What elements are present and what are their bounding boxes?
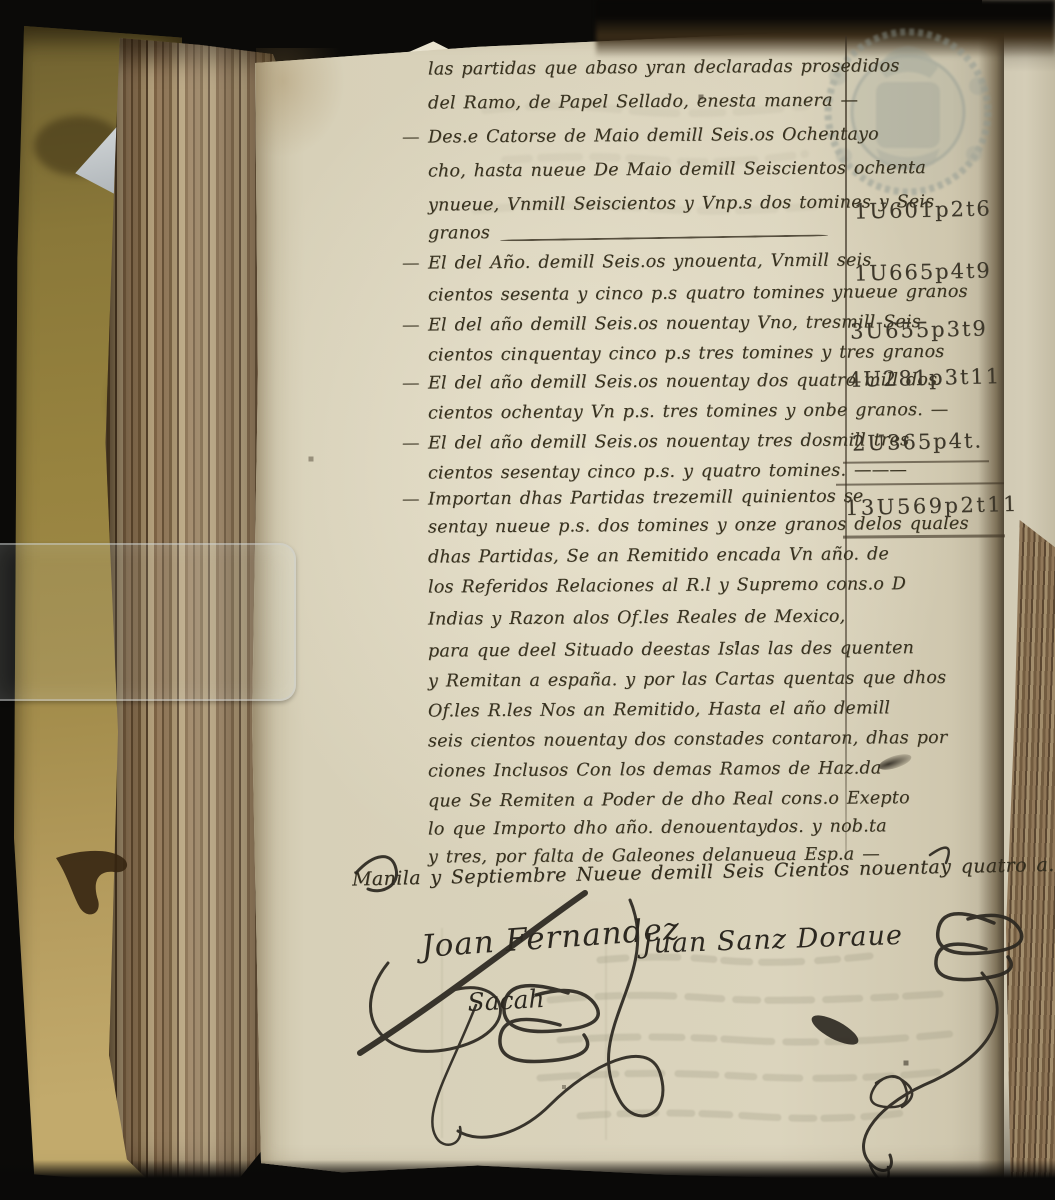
ink-blob	[808, 1010, 862, 1050]
signature-flourish	[864, 973, 998, 1170]
glass-page-weight	[0, 543, 296, 701]
signature-flourish	[930, 848, 949, 863]
manuscript-line: El del año demill Seis.os nouentay dos q…	[428, 370, 868, 393]
manuscript-line: Des.e Catorse de Maio demill Seis.os Och…	[428, 124, 868, 147]
manuscript-line: para que deel Situado deestas Islas las …	[428, 638, 868, 661]
manuscript-line: El del año demill Seis.os nouentay Vno, …	[428, 312, 868, 335]
manuscript-line: Importan dhas Partidas trezemill quinien…	[428, 486, 868, 509]
amount-entry: 4U281p3t11	[848, 364, 1002, 392]
manuscript-line: Indias y Razon alos Of.les Reales de Mex…	[428, 606, 868, 629]
manuscript-line: sentay nueue p.s. dos tomines y onze gra…	[428, 514, 868, 537]
manuscript-line: cientos ochentay Vn p.s. tres tomines y …	[428, 400, 868, 423]
manuscript-line: cientos sesenta y cinco p.s quatro tomin…	[428, 282, 868, 305]
signature-flourish	[432, 1005, 476, 1145]
manuscript-line: lo que Importo dho año. denouentaydos. y…	[428, 816, 868, 839]
leather-tie	[48, 848, 158, 924]
amount-entry: 1U665p4t9	[854, 258, 992, 285]
manuscript-line: dhas Partidas, Se an Remitido encada Vn …	[428, 544, 868, 567]
amount-entry: 2U365p4t.	[852, 428, 984, 455]
manuscript-line: cho, hasta nueue De Maio demill Seiscien…	[428, 158, 868, 181]
signature-flourish	[360, 893, 585, 1053]
manuscript-line: granos	[428, 220, 868, 243]
manila-initial-swash	[356, 857, 397, 891]
signature-left-secondary: Sacah	[467, 984, 545, 1017]
manuscript-line: ynueue, Vnmill Seiscientos y Vnp.s dos t…	[428, 192, 868, 215]
amount-entry: 3U655p3t9	[850, 316, 988, 343]
manuscript-line: Of.les R.les Nos an Remitido, Hasta el a…	[428, 698, 868, 721]
manuscript-line: cientos sesentay cinco p.s. y quatro tom…	[428, 460, 868, 483]
photo-bottom-shadow	[0, 1160, 1055, 1200]
signature-block: Joan Fernandez Sacah Juan Sanz Doraue	[330, 845, 1040, 1195]
manuscript-line: El del Año. demill Seis.os ynouenta, Vnm…	[428, 250, 868, 273]
manuscript-line: y Remitan a españa. y por las Cartas que…	[428, 668, 868, 691]
paper-specks	[0, 0, 2, 2]
manuscript-line: cientos cinquentay cinco p.s tres tomine…	[428, 342, 868, 365]
manuscript-line: que Se Remiten a Poder de dho Real cons.…	[428, 788, 868, 811]
manuscript-line: ciones Inclusos Con los demas Ramos de H…	[428, 758, 868, 781]
manuscript-photo: las partidas que abaso yran declaradas p…	[0, 0, 1055, 1200]
manuscript-line: los Referidos Relaciones al R.l y Suprem…	[428, 574, 868, 597]
page-stain	[256, 48, 346, 158]
manuscript-line: seis cientos nouentay dos constades cont…	[428, 728, 868, 751]
manuscript-line: El del año demill Seis.os nouentay tres …	[428, 430, 868, 453]
manuscript-line: las partidas que abaso yran declaradas p…	[428, 56, 868, 79]
amount-total: 13U569p2t11	[845, 492, 1020, 520]
amount-entry: 1U601p2t6	[854, 196, 992, 223]
manuscript-line: del Ramo, de Papel Sellado, enesta maner…	[428, 90, 868, 113]
